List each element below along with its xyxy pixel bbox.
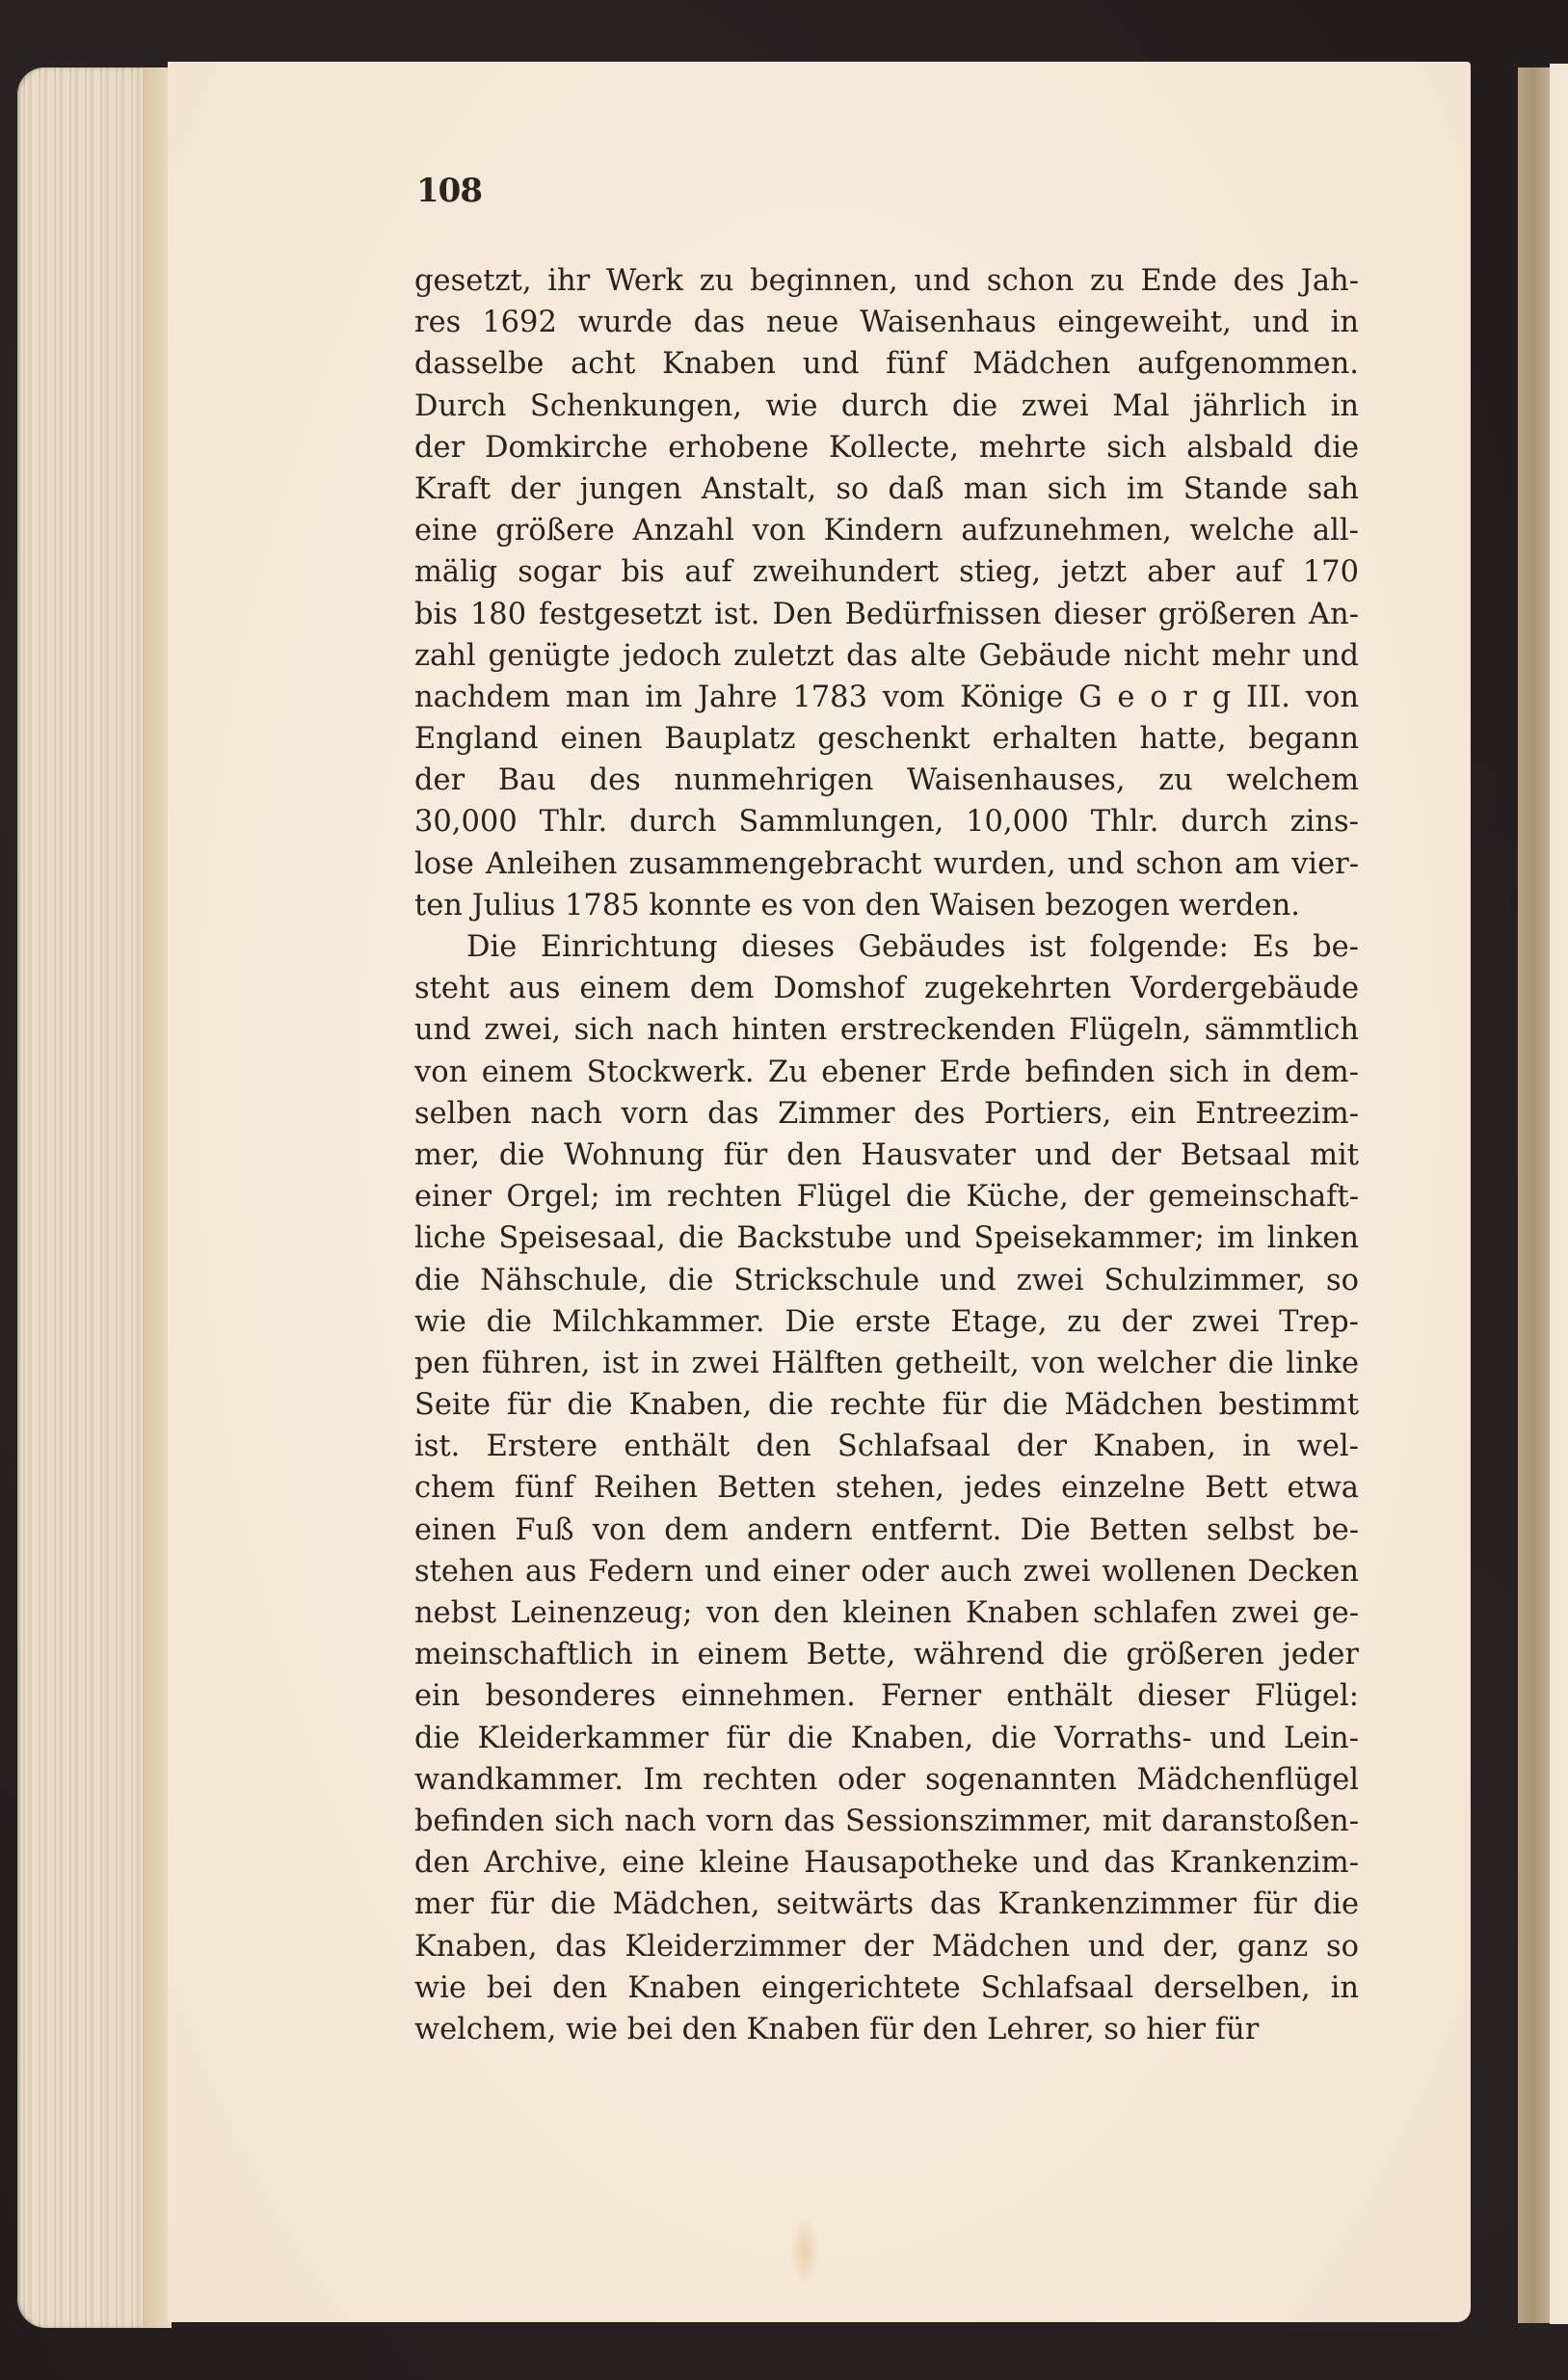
body-text: gesetzt, ihr Werk zu beginnen, und schon… [414, 260, 1359, 2050]
text-line: stehen aus Federn und einer oder auch zw… [414, 1551, 1359, 1592]
paragraph-start-line: Die Einrichtung dieses Gebäudes ist folg… [414, 926, 1359, 968]
text-line: befinden sich nach vorn das Sessionszimm… [414, 1801, 1359, 1842]
text-line: wandkammer. Im rechten oder sogenannten … [414, 1759, 1359, 1801]
text-line: nebst Leinenzeug; von den kleinen Knaben… [414, 1592, 1359, 1634]
text-line: Knaben, das Kleiderzimmer der Mädchen un… [414, 1926, 1359, 1967]
text-line: der Domkirche erhobene Kollecte, mehrte … [414, 427, 1359, 468]
text-line: 30,000 Thlr. durch Sammlungen, 10,000 Th… [414, 801, 1359, 842]
page-number: 108 [416, 172, 482, 210]
paper-stain [790, 2217, 819, 2285]
text-line: einer Orgel; im rechten Flügel die Küche… [414, 1176, 1359, 1217]
text-line: wie bei den Knaben eingerichtete Schlafs… [414, 1967, 1359, 2009]
text-line: res 1692 wurde das neue Waisenhaus einge… [414, 302, 1359, 343]
text-line: meinschaftlich in einem Bette, während d… [414, 1634, 1359, 1675]
text-line: Seite für die Knaben, die rechte für die… [414, 1384, 1359, 1426]
book-gutter [1518, 67, 1550, 2323]
text-line: lose Anleihen zusammengebracht wurden, u… [414, 843, 1359, 885]
text-line: chem fünf Reihen Betten stehen, jedes ei… [414, 1467, 1359, 1509]
text-line: England einen Bauplatz geschenkt erhalte… [414, 718, 1359, 760]
text-line: mer, die Wohnung für den Hausvater und d… [414, 1135, 1359, 1176]
text-line: die Nähschule, die Strickschule und zwei… [414, 1260, 1359, 1301]
text-line: mer für die Mädchen, seitwärts das Krank… [414, 1884, 1359, 1925]
page-stack-edges [17, 67, 172, 2328]
text-line: nachdem man im Jahre 1783 vom Könige G e… [414, 677, 1359, 718]
text-line: der Bau des nunmehrigen Waisenhauses, zu… [414, 760, 1359, 801]
text-line: liche Speisesaal, die Backstube und Spei… [414, 1217, 1359, 1259]
text-line: ein besonderes einnehmen. Ferner enthält… [414, 1675, 1359, 1717]
text-line: eine größere Anzahl von Kindern aufzuneh… [414, 510, 1359, 551]
text-line: ist. Erstere enthält den Schlafsaal der … [414, 1426, 1359, 1467]
text-line: und zwei, sich nach hinten erstreckenden… [414, 1009, 1359, 1051]
text-line: zahl genügte jedoch zuletzt das alte Geb… [414, 635, 1359, 677]
next-page-edge [1550, 64, 1568, 2324]
text-line: die Kleiderkammer für die Knaben, die Vo… [414, 1718, 1359, 1759]
text-line: dasselbe acht Knaben und fünf Mädchen au… [414, 343, 1359, 385]
text-line: pen führen, ist in zwei Hälften getheilt… [414, 1343, 1359, 1384]
text-line: mälig sogar bis auf zweihundert stieg, j… [414, 551, 1359, 593]
text-line: wie die Milchkammer. Die erste Etage, zu… [414, 1301, 1359, 1343]
text-line: Kraft der jungen Anstalt, so daß man sic… [414, 468, 1359, 510]
text-line: welchem, wie bei den Knaben für den Lehr… [414, 2009, 1359, 2050]
text-line: bis 180 festgesetzt ist. Den Bedürfnisse… [414, 594, 1359, 635]
text-line: steht aus einem dem Domshof zugekehrten … [414, 968, 1359, 1009]
text-line: selben nach vorn das Zimmer des Portiers… [414, 1093, 1359, 1135]
text-line: von einem Stockwerk. Zu ebener Erde befi… [414, 1052, 1359, 1093]
text-line: Durch Schenkungen, wie durch die zwei Ma… [414, 386, 1359, 427]
text-line: gesetzt, ihr Werk zu beginnen, und schon… [414, 260, 1359, 302]
text-line: den Archive, eine kleine Hausapotheke un… [414, 1842, 1359, 1884]
text-line: ten Julius 1785 konnte es von den Waisen… [414, 885, 1359, 926]
text-line: einen Fuß von dem andern entfernt. Die B… [414, 1510, 1359, 1551]
